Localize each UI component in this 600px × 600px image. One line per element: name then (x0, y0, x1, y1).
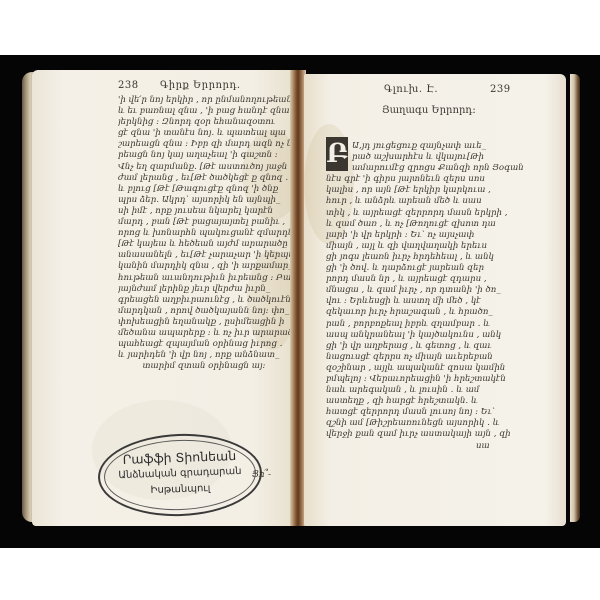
text-line: նացուսցէ զերրս ոչ միայն աւերեբան (326, 352, 556, 363)
text-line: և յարիդեն 'ի վր նոյ , որք անձնատ_ (118, 350, 290, 361)
text-line: անասանելն , եւ[Թէ չարաչար 'ի կերպա_ (118, 250, 290, 261)
text-line: կալիս , որ այն [Թէ երկիր կարկուա , (326, 185, 556, 196)
text-line: ցի յոգս լեառն իւրչ հրդեհեալ , և անկ (326, 252, 556, 263)
text-line: պրս ձեր․ Ակրդ՝ այսորիկ են այնպի_ (118, 195, 290, 206)
text-line: րան , բորբոքեալ իբրև զղամբար ․ և (326, 319, 556, 330)
text-line: տիկ , և այրեացէ զերրորդ մասն երկրի , (326, 208, 556, 219)
text-line: մարդկան , որով ծածկայանն նոյ։ փո_ (118, 306, 290, 317)
text-line: մնացա , և զամ իւրչ , որ դտանի 'ի ծո_ (326, 285, 556, 296)
text-line: ցի 'ի ծով․ և դարձուցէ յարեան զեր (326, 263, 556, 274)
text-line: շարեացն զնա : Իբր զի մարդ ազն ոչ նե_ (118, 139, 290, 150)
text-line: [Թէ կայեա և հեծեան այժմ արարածը 'ի (118, 239, 290, 250)
text-line: ասպ անկրանեալ 'ի կայծակունս , անկ (326, 330, 556, 341)
text-line: ամարումէց զրոցս Քանզի որն Յօգան (326, 163, 556, 174)
running-head-left: Գիրք Երրորդ. (160, 80, 241, 91)
text-line: յերկնից : Զնորդ զօր եհանազօտու (118, 117, 290, 128)
text-line: ժամ լերանց , եւ[Թէ ծածկեցէ ք զնոզ ․ (118, 173, 290, 184)
text-line: բմպելոյ : Վերաւորեացին 'ի հրեշտակէն (326, 374, 556, 385)
text-line: ցէ զնա 'ի տանէս նոյ․ և պատեալ պա (118, 128, 290, 139)
chapter-subtitle: Յաղագս Երրորդ։ (382, 105, 476, 116)
text-line: փոխեացին եղանակք , ըսիմեացին ի (118, 317, 290, 328)
text-line: միայն , այլ և զի վաղվաղակի երեւս (326, 241, 556, 252)
text-line: տարիմ զտան օրինացն այ: (118, 361, 290, 372)
text-line: գրեացեն աղբիւրաունէց , և ծածկուէն (118, 295, 290, 306)
text-line: հուր , և անձրև արեան մեծ և սաս (326, 196, 556, 207)
text-line: նէս գրէ 'ի գիրս յայտնեւն զերս սոս (326, 174, 556, 185)
text-line: նաև արեգական , և լուսին ․ և ամ (326, 385, 556, 396)
text-line: մարդ , բան [Թէ բացայայտել բանիւ , (118, 217, 290, 228)
text-line: լարի 'ի վր երկրի : Եւ՝ ոչ այսչափ (326, 230, 556, 241)
text-line: հատցէ զերրորդ մասն լուսոյ նոյ : Եւ՝ (326, 407, 556, 418)
text-line: ցի 'ի վր աղբերաց , և գետոց , և զաւ (326, 341, 556, 352)
text-line: պահեացէ զպայման օրինաց իւրոց ․ (118, 339, 290, 350)
text-line: վերջի քան զամ իւրչ աստակայի այն , զի (326, 429, 556, 440)
text-line: զշնի ամ [Թիշրեառունեցն այսորիկ ․ և (326, 418, 556, 429)
text-line: յայնժամ լերինք յեւր վերժա իւրն_ (118, 284, 290, 295)
text-line: կանին մարդիկ զնա , զի 'ի արքամար_ (118, 261, 290, 272)
right-page-text: Ա,յդ յուցեցուք զայնչափ աւե_րած աշխարհէս … (326, 141, 556, 452)
text-line: մեծանա ապարերք : և ոչ իւր արարած (118, 328, 290, 339)
text-line: զեկաւոր իւրչ հրաշագան , և հրածո_ (326, 307, 556, 318)
text-line: րած աշխարհէս և վկայու[Թի (326, 152, 556, 163)
text-line: Ա,յդ յուցեցուք զայնչափ աւե_ (326, 141, 556, 152)
text-line: հութեան աւանդութիւն իւրեանց : Բայց (118, 273, 290, 284)
running-head-right: Գլուխ. Է. (384, 84, 438, 95)
text-line: և բլուց [Թէ [Թագուցէք զնոզ 'ի ծնք (118, 184, 290, 195)
text-line: Վնչ եղ զարմանք․ [Թէ աստուծոյ յաջն (118, 162, 290, 173)
text-line: սի իմէ , որք յուսեա նկարել կարէն (118, 206, 290, 217)
right-page: Գլուխ. Է. 239 Յաղագս Երրորդ։ Բ Ա,յդ յուց… (304, 74, 566, 526)
text-line: և եւ բառնալ զնա , 'ի բաց հանդէ զնա (118, 106, 290, 117)
text-line: րորդ մասն նր , և այրեացէ զդարս , (326, 274, 556, 285)
catalog-mark: Ցո՞- (252, 470, 271, 480)
text-line: որոց և խոնարհն պակուցանէ զմարդն (118, 228, 290, 239)
left-page-text: 'ի վե՛ր նոյ երկիր , որ ընմանողութեանև եւ… (118, 95, 290, 372)
text-line: րեացն նոյ կայ աղաչեալ 'ի գաշտն : (118, 150, 290, 161)
page-number-right: 239 (490, 84, 511, 95)
text-line: 'ի վե՛ր նոյ երկիր , որ ընմանողութեան (118, 95, 290, 106)
text-line: զօշինար , այլև ապականէ զոսա կամին (326, 363, 556, 374)
text-line: և զամ ծառ , և ոչ [Թողուցէ զխոտ դա (326, 219, 556, 230)
right-page-edges (570, 74, 580, 522)
text-line: վու : Երևեսցի և աստղ մի մեծ , կէ (326, 296, 556, 307)
page-number-left: 238 (118, 80, 139, 91)
text-line: աստեղք , զի հարցէ հրեշտակն․ և (326, 396, 556, 407)
catchword: սա (326, 441, 556, 452)
